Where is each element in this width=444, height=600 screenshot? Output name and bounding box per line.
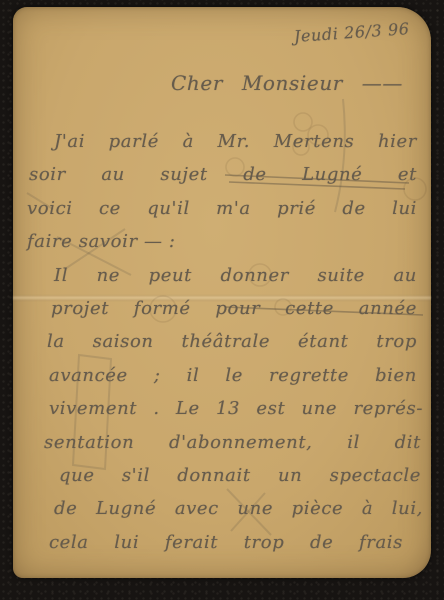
letter-line: avancée ; il le regrette bien <box>49 361 417 394</box>
letter-line: projet formé pour cette année <box>51 294 417 327</box>
letter-line: vivement . Le 13 est une représ- <box>49 394 423 427</box>
letter-line: sentation d'abonnement, il dit <box>44 428 421 461</box>
letter-salutation: Cher Monsieur —— <box>171 71 403 95</box>
letter-line: faire savoir — : <box>27 227 227 260</box>
letter-body: J'ai parlé à Mr. Mertens hier soir au su… <box>13 127 431 561</box>
letter-line: la saison théâtrale étant trop <box>47 327 417 360</box>
letter-date: Jeudi 26/3 96 <box>293 19 410 46</box>
letter-line: J'ai parlé à Mr. Mertens hier <box>54 127 417 160</box>
letter-line: que s'il donnait un spectacle <box>59 461 421 494</box>
photo-background: { "colors": { "background": "#171412", "… <box>0 0 444 600</box>
letter-line: Il ne peut donner suite au <box>54 261 417 294</box>
letter-paper: Jeudi 26/3 96 Cher Monsieur —— J'ai parl… <box>13 7 431 578</box>
letter-line: soir au sujet de Lugné et <box>29 160 417 193</box>
letter-line: de Lugné avec une pièce à lui, <box>54 494 423 527</box>
letter-line: cela lui ferait trop de frais <box>49 528 403 561</box>
letter-line: voici ce qu'il m'a prié de lui <box>27 194 417 227</box>
